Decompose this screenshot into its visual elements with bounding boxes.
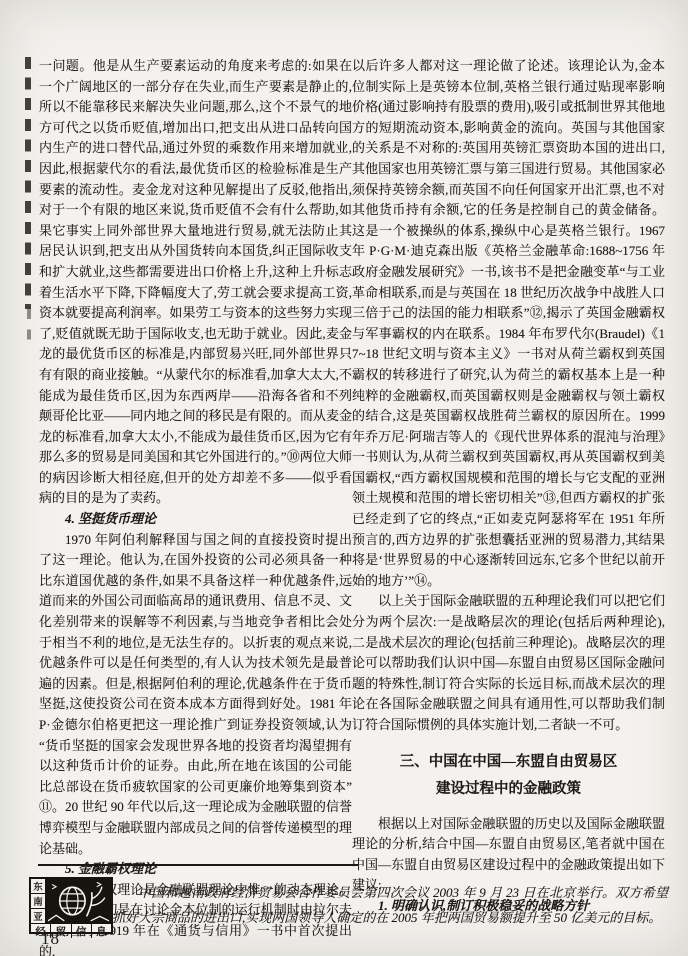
section-heading-4: 4. 坚挺货币理论 — [39, 509, 352, 530]
stamp-side-label: 东 南 亚 — [31, 879, 46, 923]
paragraph-continuation: 以后许多人都对这一理论做了论述。该理论认为,金本位制实际上是英镑本位制,英格兰银… — [352, 56, 665, 591]
scan-gutter-artifact — [27, 309, 31, 349]
stamp-char: 信 — [72, 924, 92, 938]
stamp-char: 亚 — [31, 909, 45, 923]
stamp-char: 息 — [92, 924, 111, 938]
footnote-text: 中国和越南政府经济贸易会合作委员会第四次会议 2003 年 9 月 23 日在北… — [112, 880, 668, 930]
chapter-heading-three: 三、中国在中国—东盟自由贸易区 建设过程中的金融政策 — [352, 749, 665, 803]
journal-stamp: 东 南 亚 经 贸 信 息 — [29, 877, 113, 934]
chapter-heading-line1: 三、中国在中国—东盟自由贸易区 — [352, 749, 665, 776]
right-column: 以后许多人都对这一理论做了论述。该理论认为,金本位制实际上是英镑本位制,英格兰银… — [352, 56, 665, 917]
scan-gutter-artifact — [25, 57, 31, 309]
paragraph: 1970 年阿伯利解释国与国之间的直接投资时提出了这一理论。他认为,在国外投资的… — [39, 530, 352, 860]
stamp-char: 南 — [31, 894, 45, 909]
left-column: 一问题。他是从生产要素运动的角度来考虑的:如果在一个广阔地区的一部分存在失业,而… — [39, 56, 352, 956]
page-number: 18 — [41, 929, 60, 949]
chapter-heading-line2: 建设过程中的金融政策 — [352, 776, 665, 803]
scanned-journal-page: 一问题。他是从生产要素运动的角度来考虑的:如果在一个广阔地区的一部分存在失业,而… — [0, 0, 688, 956]
paragraph-continuation: 一问题。他是从生产要素运动的角度来考虑的:如果在一个广阔地区的一部分存在失业,而… — [39, 56, 352, 509]
paragraph: 以上关于国际金融联盟的五种理论我们可以把它们分为两个层次:一是战略层次的理论(包… — [352, 591, 665, 735]
footnote-separator-rule — [38, 864, 358, 866]
stamp-woodcut-globe-icon — [46, 879, 111, 923]
stamp-char: 东 — [31, 879, 45, 894]
